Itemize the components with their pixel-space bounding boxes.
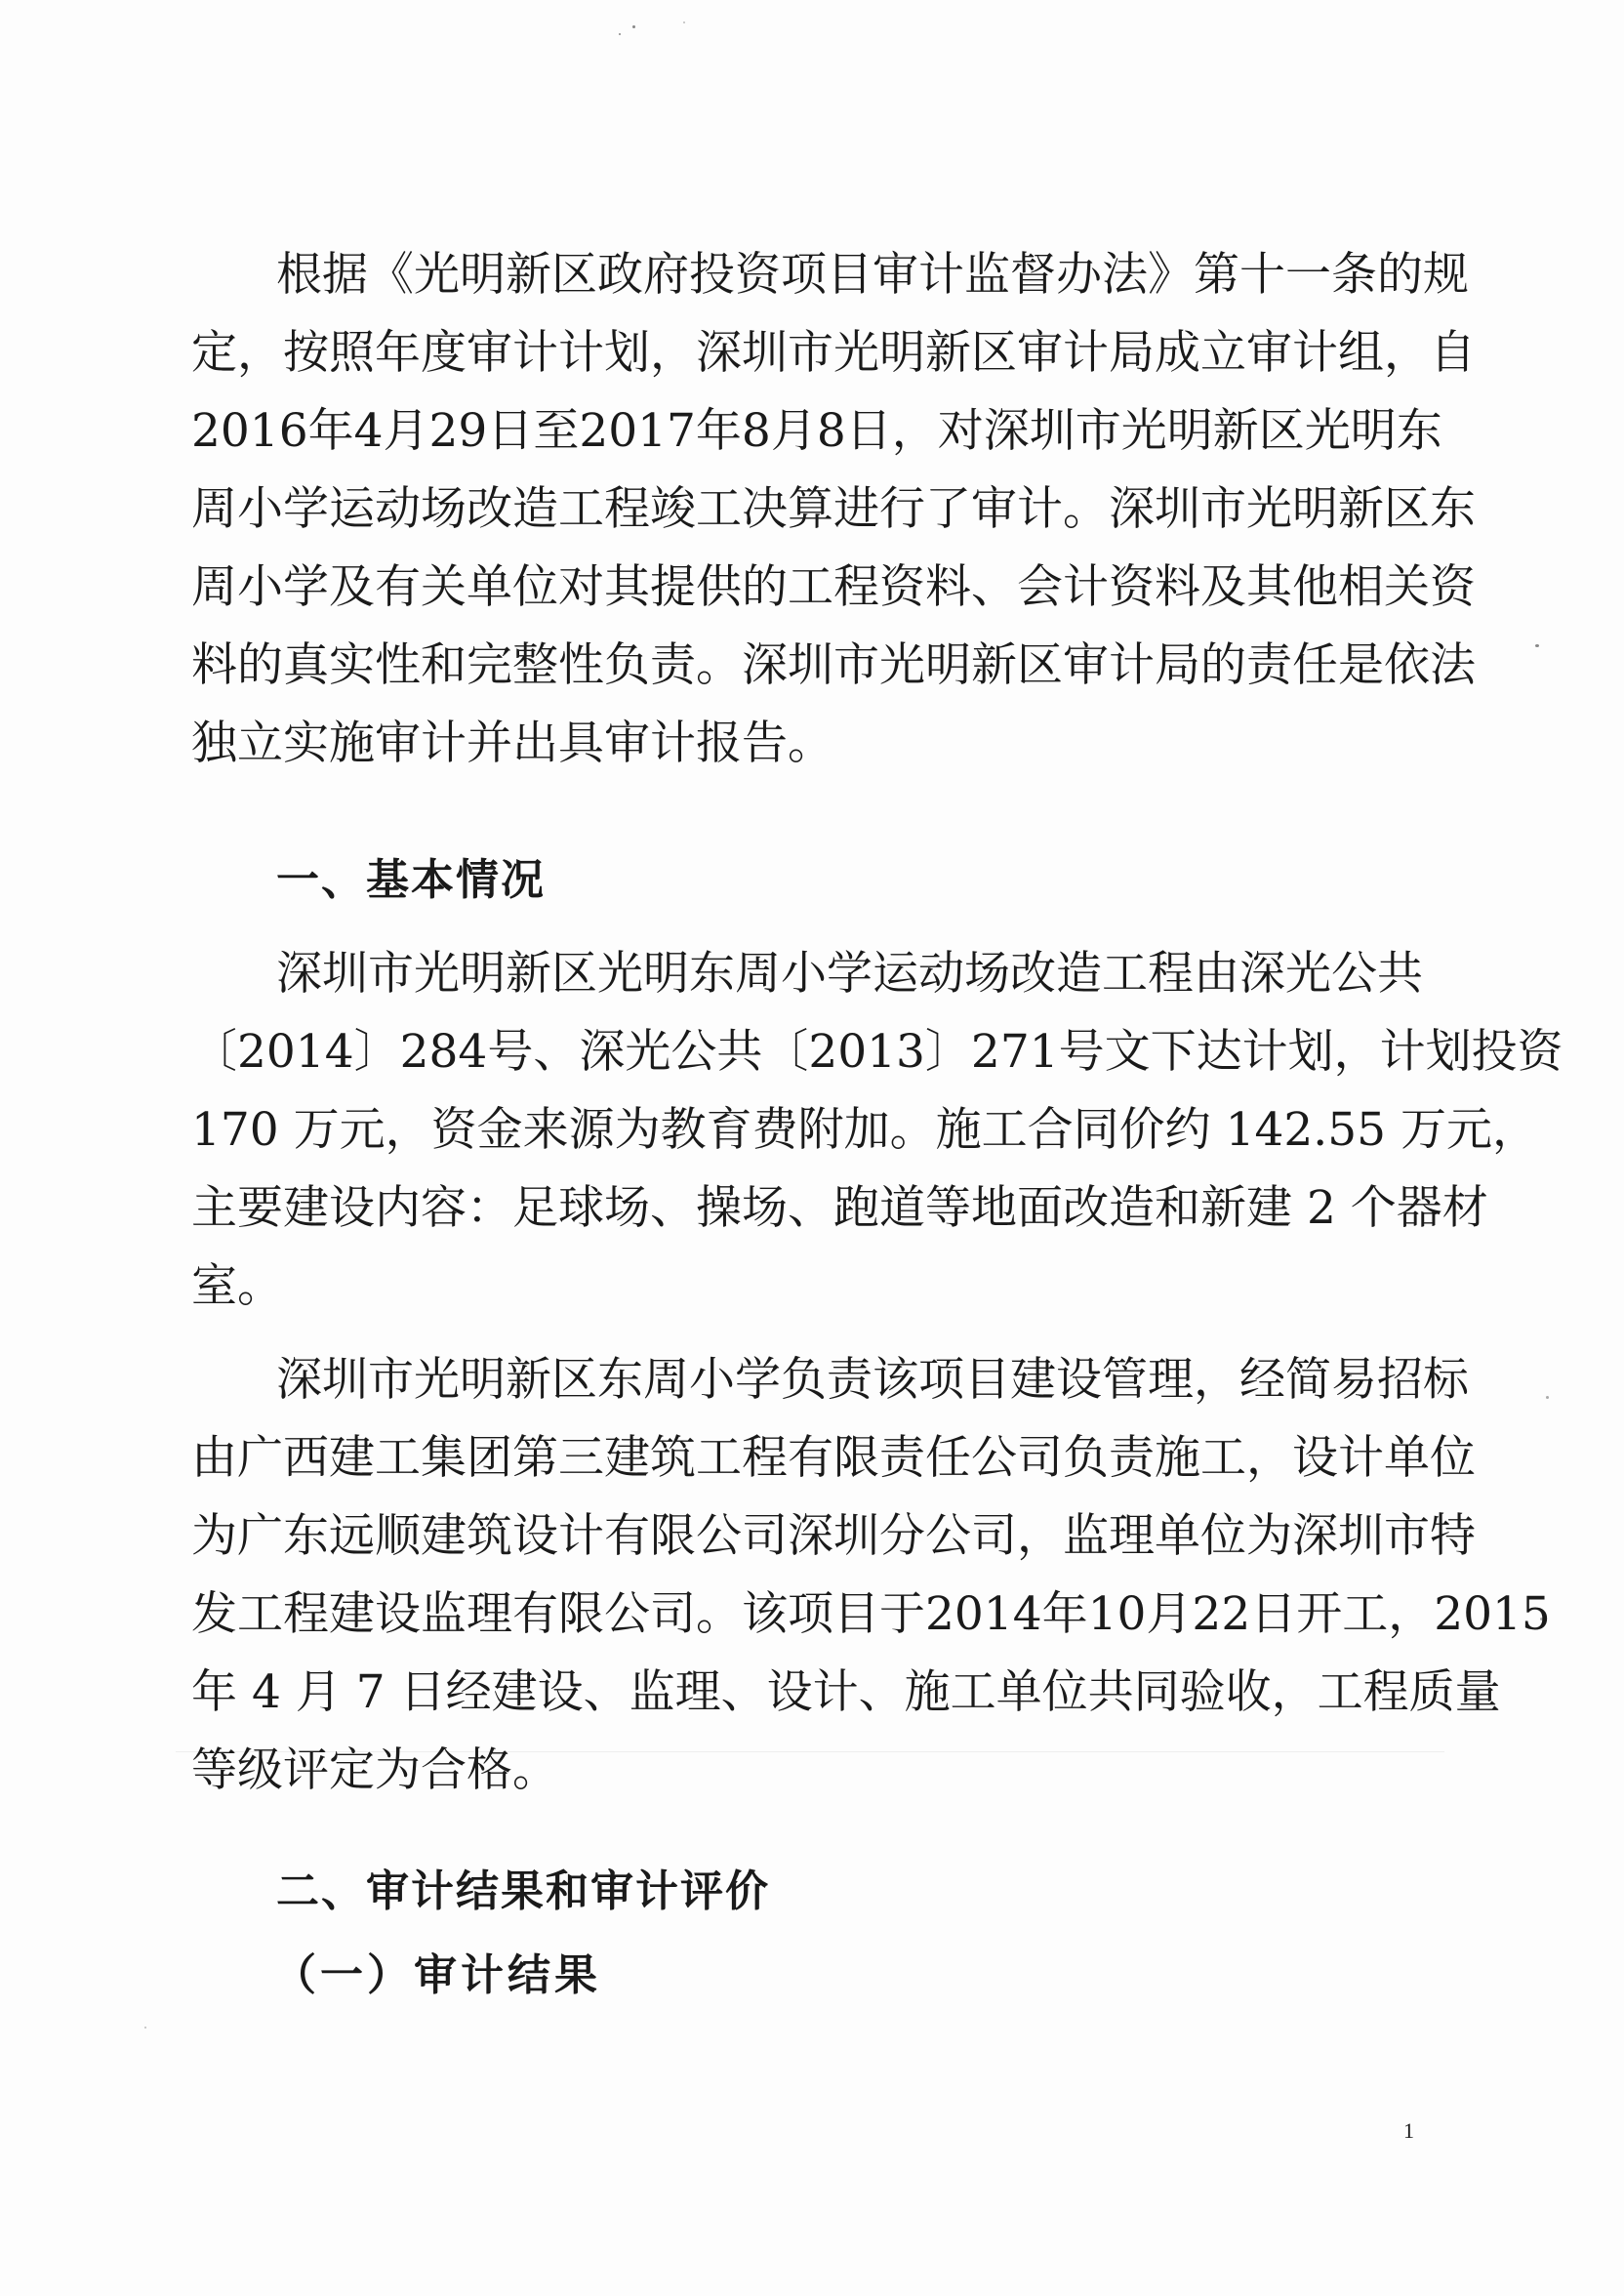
scan-speck <box>683 21 685 23</box>
scan-speck <box>1535 644 1539 647</box>
text-line: 由广西建工集团第三建筑工程有限责任公司负责施工，设计单位 <box>191 1429 1413 1488</box>
scan-speck <box>1546 1396 1549 1399</box>
text-line: 年 4 月 7 日经建设、监理、设计、施工单位共同验收，工程质量 <box>191 1663 1413 1722</box>
text-line: 独立实施审计并出具审计报告。 <box>191 715 1413 773</box>
text-line: 等级评定为合格。 <box>191 1742 1413 1800</box>
document-page: 根据《光明新区政府投资项目审计监督办法》第十一条的规 定，按照年度审计计划，深圳… <box>0 0 1624 2296</box>
text-line: 周小学及有关单位对其提供的工程资料、会计资料及其他相关资 <box>191 558 1413 617</box>
text-line: 170 万元，资金来源为教育费附加。施工合同价约 142.55 万元， <box>191 1101 1413 1160</box>
scan-speck <box>144 2027 146 2029</box>
text-line: 料的真实性和完整性负责。深圳市光明新区审计局的责任是依法 <box>191 636 1413 695</box>
text-line: 根据《光明新区政府投资项目审计监督办法》第十一条的规 <box>276 246 1413 305</box>
scan-speck <box>632 25 635 28</box>
text-line: 定，按照年度审计计划，深圳市光明新区审计局成立审计组，自 <box>191 324 1413 383</box>
text-line: 主要建设内容：足球场、操场、跑道等地面改造和新建 2 个器材 <box>191 1179 1413 1238</box>
text-line: 发工程建设监理有限公司。该项目于2014年10月22日开工，2015 <box>191 1585 1413 1644</box>
page-number: 1 <box>1403 2116 1414 2146</box>
text-line: 深圳市光明新区光明东周小学运动场改造工程由深光公共 <box>276 945 1413 1004</box>
text-line: 2016年4月29日至2017年8月8日，对深圳市光明新区光明东 <box>191 402 1413 461</box>
text-line: 室。 <box>191 1257 1413 1316</box>
text-line: 周小学运动场改造工程竣工决算进行了审计。深圳市光明新区东 <box>191 480 1413 539</box>
section-heading-audit-results-evaluation: 二、审计结果和审计评价 <box>276 1863 770 1921</box>
scan-speck <box>619 33 621 35</box>
text-line: 为广东远顺建筑设计有限公司深圳分公司，监理单位为深圳市特 <box>191 1507 1413 1566</box>
text-line: 深圳市光明新区东周小学负责该项目建设管理，经简易招标 <box>276 1351 1413 1410</box>
subheading-audit-results: （一）审计结果 <box>273 1947 601 2005</box>
section-heading-basic-info: 一、基本情况 <box>276 851 546 910</box>
text-line: 〔2014〕284号、深光公共〔2013〕271号文下达计划，计划投资 <box>191 1023 1413 1082</box>
